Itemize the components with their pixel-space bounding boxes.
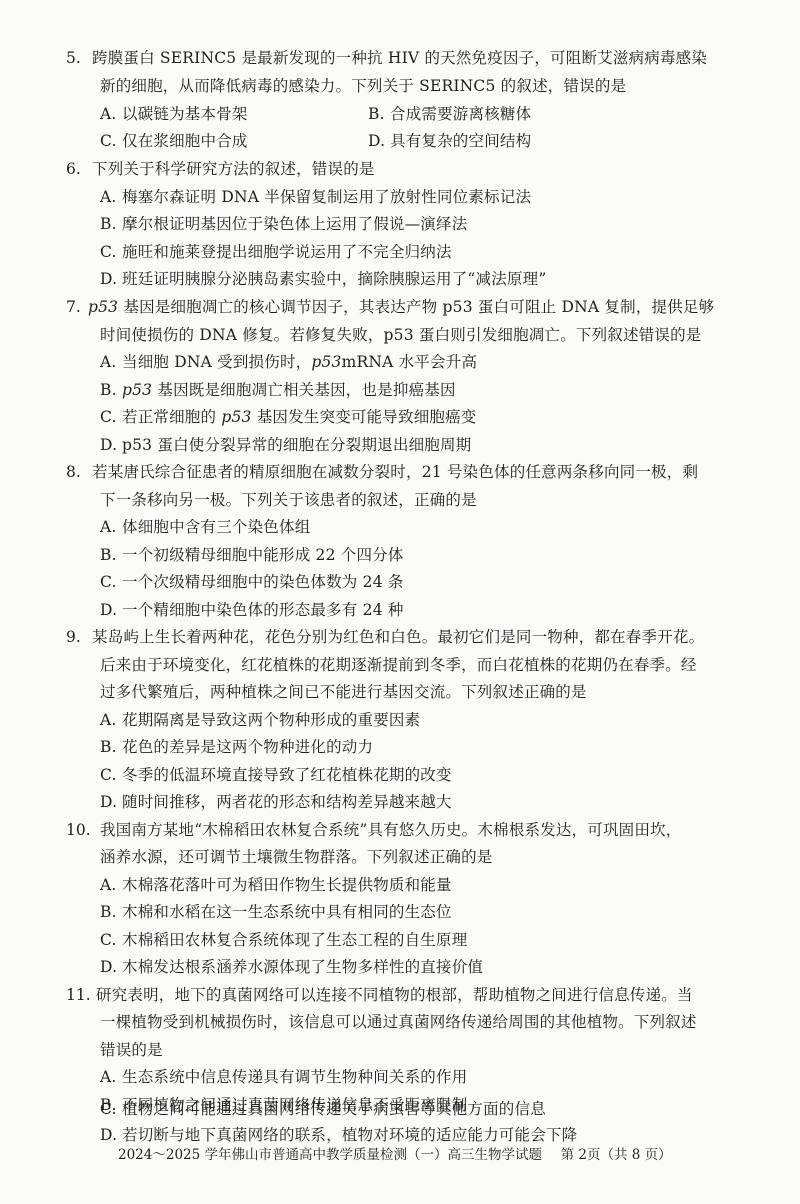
option-d: D.班廷证明胰腺分泌胰岛素实验中，摘除胰腺运用了“减法原理”: [100, 269, 546, 289]
option-b: B.木棉和水稻在这一生态系统中具有相同的生态位: [100, 902, 452, 922]
question-number: 7.: [66, 297, 81, 317]
page-footer: 2024～2025 学年佛山市普通高中教学质量检测（一）高三生物学试题 第 2页…: [118, 1146, 672, 1164]
question-stem-line: 研究表明，地下的真菌网络可以连接不同植物的根部，帮助植物之间进行信息传递。当: [96, 985, 693, 1005]
question-stem-line: 涵养水源，还可调节土壤微生物群落。下列叙述正确的是: [100, 847, 493, 867]
option-a: A.生态系统中信息传递具有调节生物种间关系的作用: [100, 1067, 467, 1087]
option-d: D.p53 蛋白使分裂异常的细胞在分裂期退出细胞周期: [100, 435, 471, 455]
question-stem-line: 下一条移向另一极。下列关于该患者的叙述，正确的是: [100, 490, 477, 510]
question-stem-line: 若某唐氏综合征患者的精原细胞在减数分裂时，21 号染色体的任意两条移向同一极，剩: [92, 462, 698, 482]
option-a: A.梅塞尔森证明 DNA 半保留复制运用了放射性同位素标记法: [100, 187, 531, 207]
option-c: C.若正常细胞的 p53 基因发生突变可能导致细胞癌变: [100, 407, 477, 427]
question-number: 6.: [66, 159, 81, 179]
option-b: B.摩尔根证明基因位于染色体上运用了假说—演绎法: [100, 214, 467, 234]
option-b: B.p53 基因既是细胞凋亡相关基因，也是抑癌基因: [100, 380, 456, 400]
option-c: C.仅在浆细胞中合成: [100, 131, 248, 151]
question-stem-line: 错误的是: [100, 1040, 163, 1060]
option-b: B.一个初级精母细胞中能形成 22 个四分体: [100, 545, 404, 565]
option-d: D.一个精细胞中染色体的形态最多有 24 种: [100, 600, 404, 620]
footer-title: 2024～2025 学年佛山市普通高中教学质量检测（一）高三生物学试题: [118, 1147, 542, 1163]
option-c: C.冬季的低温环境直接导致了红花植株花期的改变: [100, 765, 452, 785]
question-number: 9.: [66, 627, 81, 647]
option-d: D.若切断与地下真菌网络的联系，植物对环境的适应能力可能会下降: [100, 1125, 577, 1145]
question-stem-line: 跨膜蛋白 SERINC5 是最新发现的一种抗 HIV 的天然免疫因子，可阻断艾滋…: [92, 48, 707, 68]
option-c: C.植物之间可能通过真菌网络传递关于病虫害等其他方面的信息: [100, 1099, 546, 1119]
question-stem-line: 新的细胞，从而降低病毒的感染力。下列关于 SERINC5 的叙述，错误的是: [100, 76, 626, 96]
option-b: B.合成需要游离核糖体: [368, 104, 531, 124]
question-number: 5.: [66, 48, 81, 68]
option-d: D.木棉发达根系涵养水源体现了生物多样性的直接价值: [100, 957, 483, 977]
option-c: C.一个次级精母细胞中的染色体数为 24 条: [100, 572, 404, 592]
question-stem-line: 后来由于环境变化，红花植株的花期逐渐提前到冬季，而白花植株的花期仍在春季。经: [100, 655, 697, 675]
option-b: B.花色的差异是这两个物种进化的动力: [100, 737, 373, 757]
option-a: A.花期隔离是导致这两个物种形成的重要因素: [100, 710, 420, 730]
page-number: 第 2页（共 8 页）: [561, 1147, 672, 1163]
option-d: D.随时间推移，两者花的形态和结构差异越来越大: [100, 792, 452, 812]
question-number: 11.: [66, 985, 91, 1005]
option-d: D.具有复杂的空间结构: [368, 131, 531, 151]
option-c: C.施旺和施莱登提出细胞学说运用了不完全归纳法: [100, 242, 452, 262]
option-a: A.体细胞中含有三个染色体组: [100, 517, 310, 537]
question-stem-line: 下列关于科学研究方法的叙述，错误的是: [92, 159, 375, 179]
question-stem-line: 过多代繁殖后，两种植株之间已不能进行基因交流。下列叙述正确的是: [100, 682, 587, 702]
question-stem-line: 时间使损伤的 DNA 修复。若修复失败，p53 蛋白则引发细胞凋亡。下列叙述错误…: [100, 325, 702, 345]
question-stem-line: 某岛屿上生长着两种花，花色分别为红色和白色。最初它们是同一物种，都在春季开花。: [92, 627, 704, 647]
question-number: 10.: [66, 820, 91, 840]
question-stem-line: 我国南方某地“木棉稻田农林复合系统”具有悠久历史。木棉根系发达，可巩固田坎，: [100, 820, 681, 840]
option-a: A.木棉落花落叶可为稻田作物生长提供物质和能量: [100, 875, 452, 895]
option-a: A.当细胞 DNA 受到损伤时，p53mRNA 水平会升高: [100, 352, 477, 372]
question-stem-line: p53 基因是细胞凋亡的核心调节因子，其表达产物 p53 蛋白可阻止 DNA 复…: [88, 297, 714, 317]
option-c: C.木棉稻田农林复合系统体现了生态工程的自生原理: [100, 930, 467, 950]
option-a: A.以碳链为基本骨架: [100, 104, 248, 124]
question-number: 8.: [66, 462, 81, 482]
question-stem-line: 一棵植物受到机械损伤时，该信息可以通过真菌网络传递给周围的其他植物。下列叙述: [100, 1012, 697, 1032]
